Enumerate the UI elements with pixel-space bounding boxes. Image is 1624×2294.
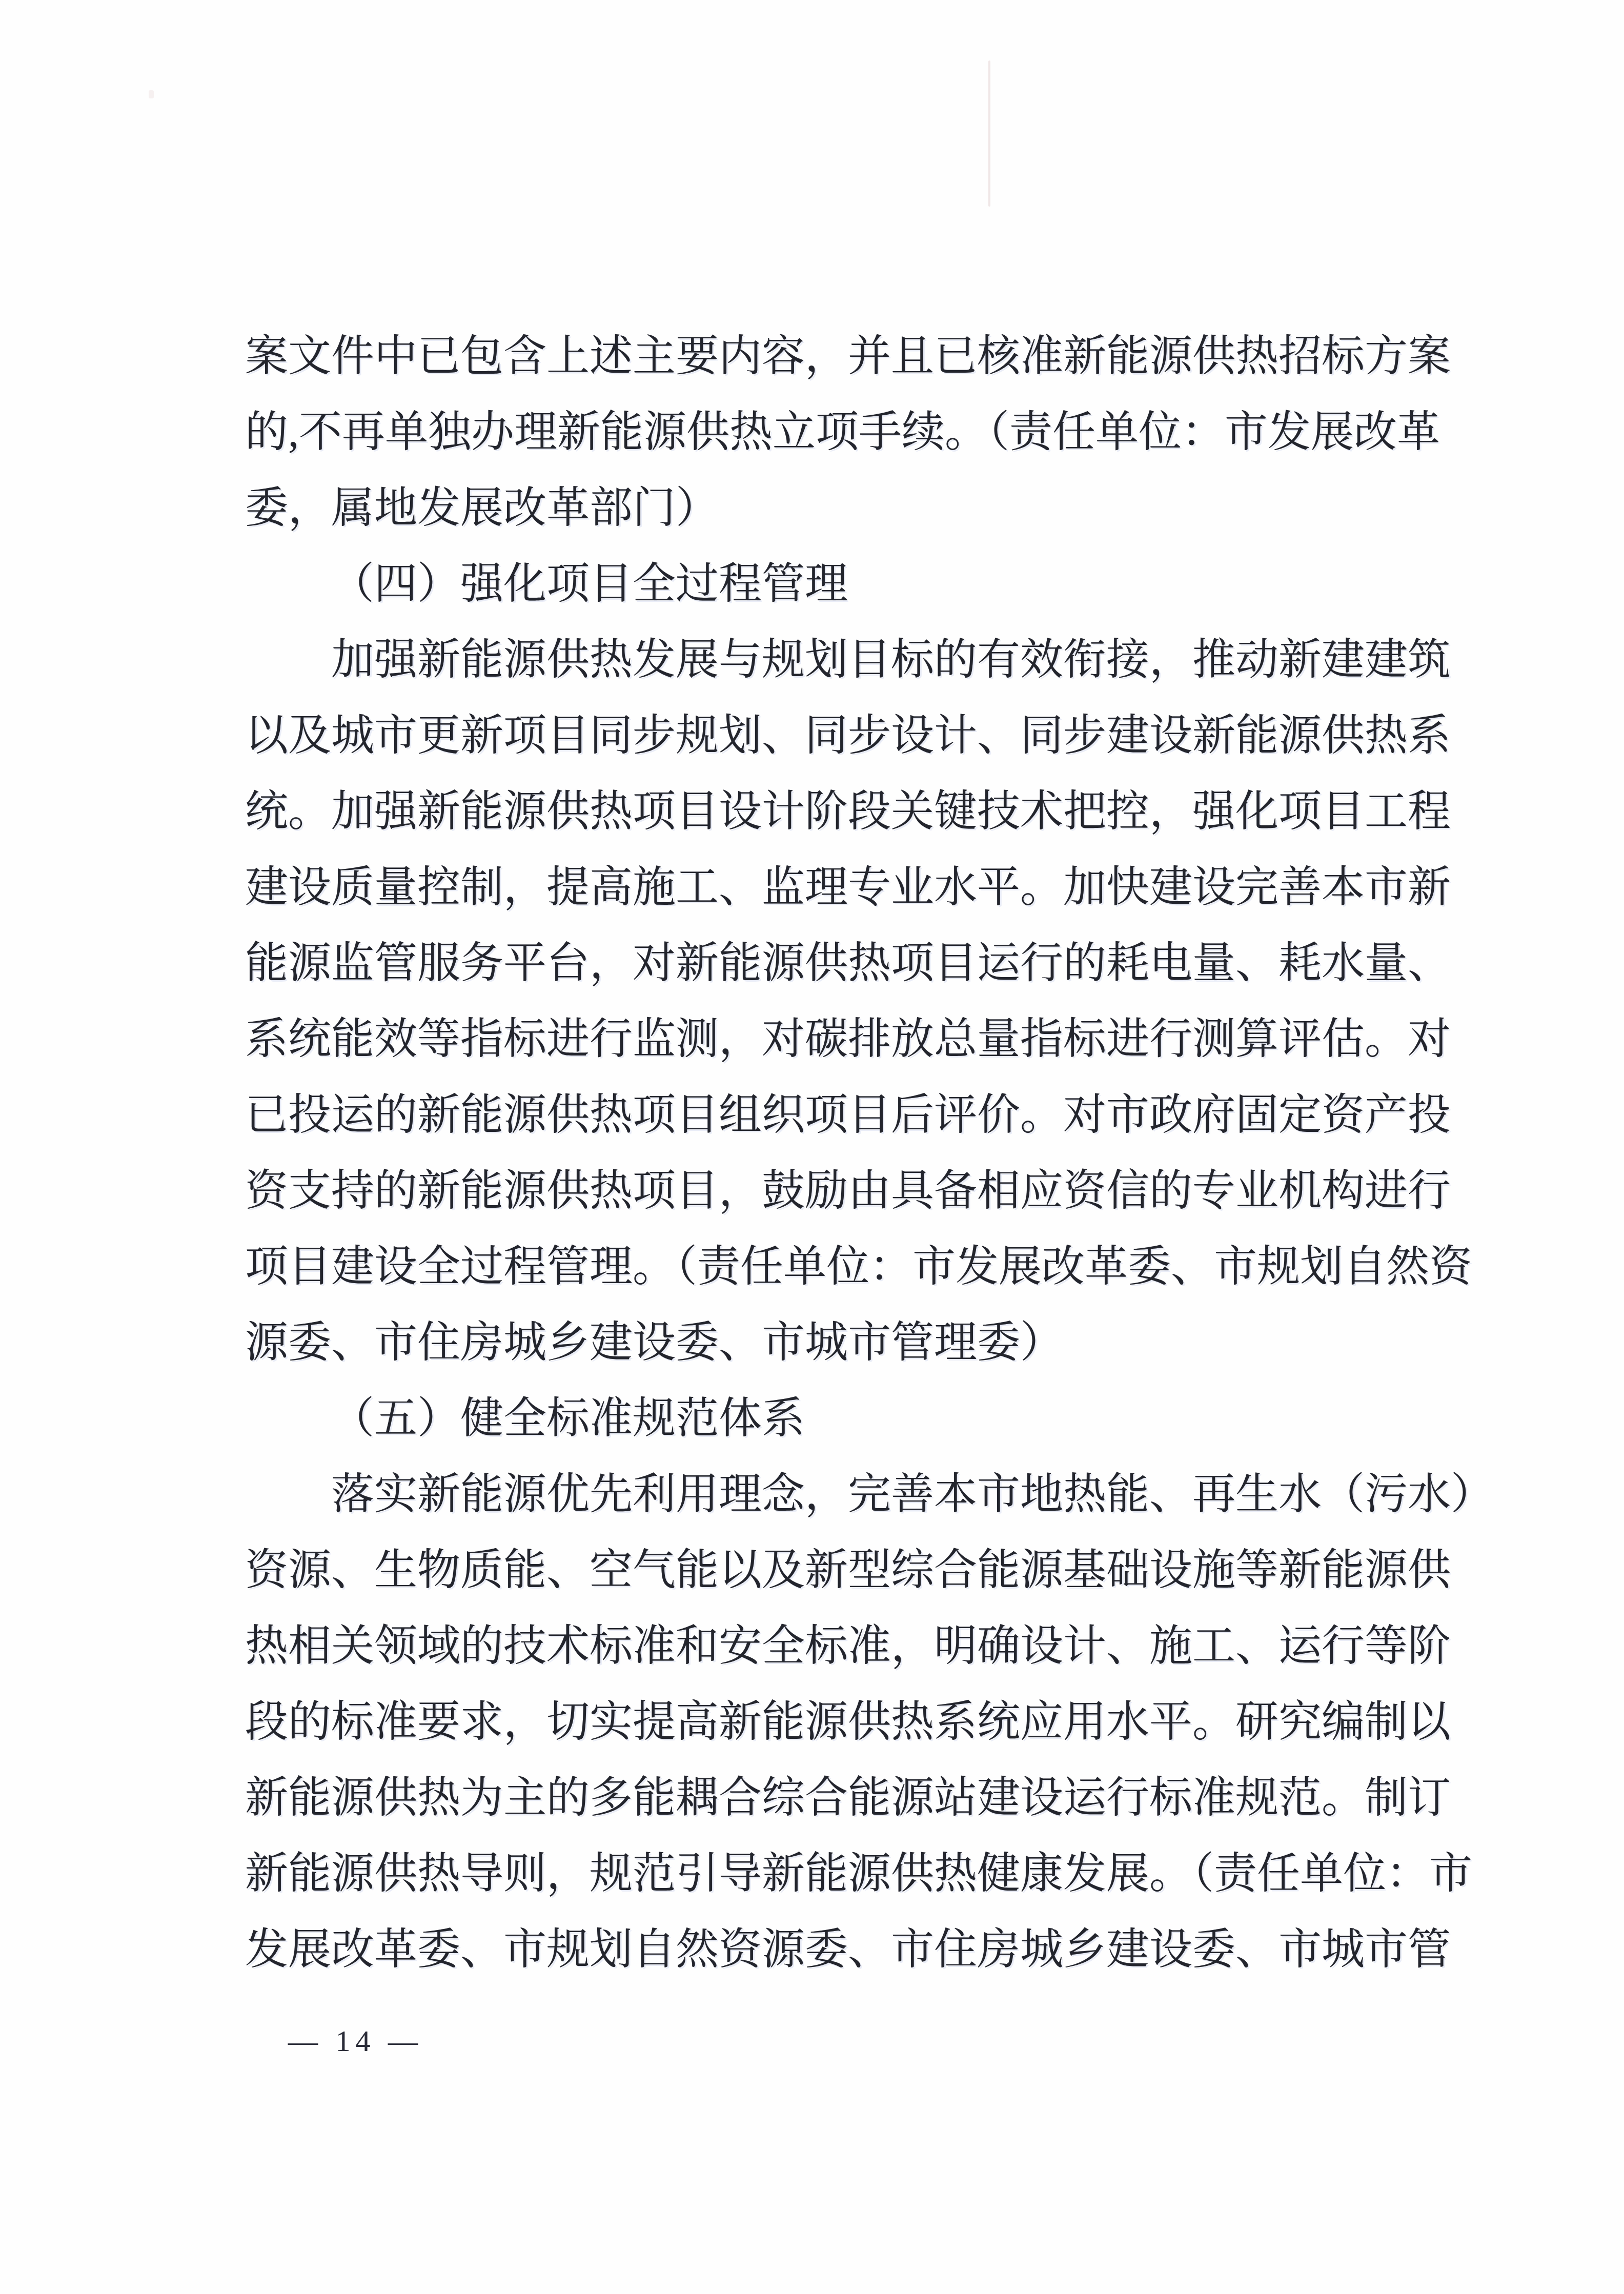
text-line: 项目建设全过程管理。（责任单位：市发展改革委、市规划自然资 [245,1229,1465,1305]
text-line: 的,不再单独办理新能源供热立项手续。（责任单位：市发展改革 [245,395,1465,471]
text-line: 段的标准要求，切实提高新能源供热系统应用水平。研究编制以 [245,1684,1465,1760]
section-heading: （四）强化项目全过程管理 [245,546,1465,622]
section-heading: （五）健全标准规范体系 [245,1381,1465,1457]
page-number: — 14 — [288,2021,423,2062]
text-line: 委，属地发展改革部门） [245,471,1465,546]
text-line: 统。加强新能源供热项目设计阶段关键技术把控，强化项目工程 [245,774,1465,850]
text-line: 新能源供热为主的多能耦合综合能源站建设运行标准规范。制订 [245,1760,1465,1836]
text-line: 建设质量控制，提高施工、监理专业水平。加快建设完善本市新 [245,850,1465,926]
text-line: 发展改革委、市规划自然资源委、市住房城乡建设委、市城市管 [245,1912,1465,1988]
text-line: 资支持的新能源供热项目，鼓励由具备相应资信的专业机构进行 [245,1153,1465,1229]
text-line: 新能源供热导则，规范引导新能源供热健康发展。（责任单位：市 [245,1836,1465,1912]
text-line: 能源监管服务平台，对新能源供热项目运行的耗电量、耗水量、 [245,926,1465,1002]
scan-artifact [988,60,990,207]
text-line: 落实新能源优先利用理念，完善本市地热能、再生水（污水） [245,1457,1465,1533]
text-line: 加强新能源供热发展与规划目标的有效衔接，推动新建建筑 [245,622,1465,698]
text-line: 热相关领域的技术标准和安全标准，明确设计、施工、运行等阶 [245,1609,1465,1684]
document-body: 案文件中已包含上述主要内容，并且已核准新能源供热招标方案 的,不再单独办理新能源… [245,319,1465,1988]
scanned-document-page: 案文件中已包含上述主要内容，并且已核准新能源供热招标方案 的,不再单独办理新能源… [0,0,1624,2294]
text-line: 以及城市更新项目同步规划、同步设计、同步建设新能源供热系 [245,698,1465,774]
text-line: 资源、生物质能、空气能以及新型综合能源基础设施等新能源供 [245,1533,1465,1609]
text-line: 系统能效等指标进行监测，对碳排放总量指标进行测算评估。对 [245,1002,1465,1078]
text-line: 案文件中已包含上述主要内容，并且已核准新能源供热招标方案 [245,319,1465,395]
text-line: 源委、市住房城乡建设委、市城市管理委） [245,1305,1465,1381]
text-line: 已投运的新能源供热项目组织项目后评价。对市政府固定资产投 [245,1078,1465,1153]
scan-artifact [149,90,154,98]
